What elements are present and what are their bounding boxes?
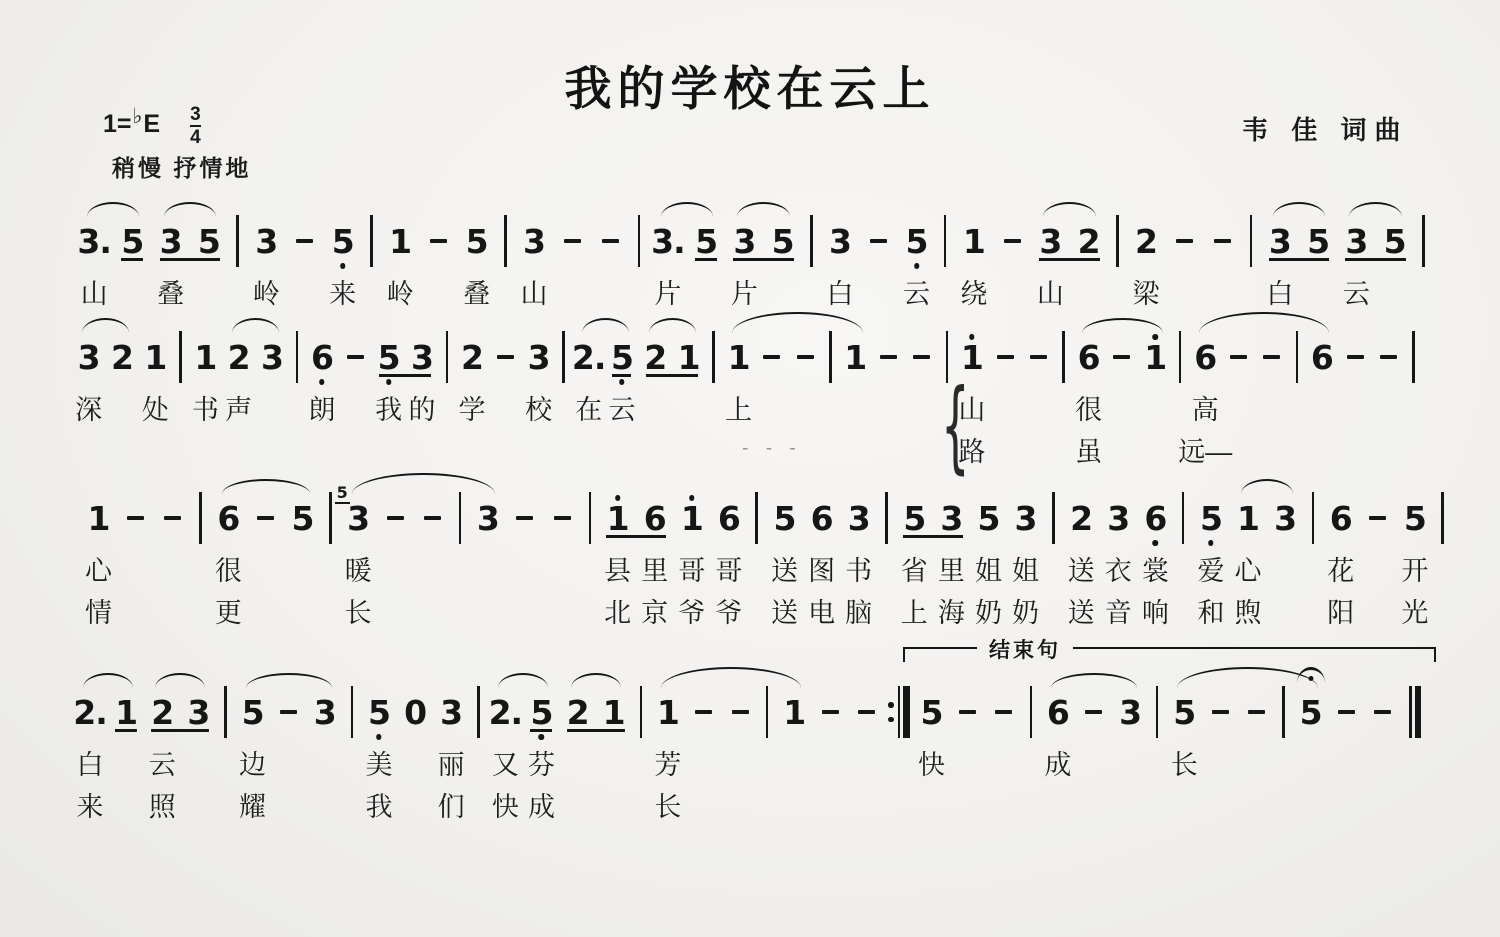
lyric-line1 <box>1329 741 1365 783</box>
duration-dash-glyph <box>1113 355 1130 360</box>
lyric-line2 <box>1339 428 1372 470</box>
barline <box>758 689 776 735</box>
lyric-line2: 长 <box>650 783 686 825</box>
lyric-line2 <box>307 783 343 825</box>
lyric-line2: 长 <box>340 589 377 631</box>
score-cell: 2 <box>560 689 596 825</box>
score-cell <box>553 218 591 312</box>
duration-dash <box>686 689 722 735</box>
lyric-line1: 我 <box>372 386 405 428</box>
music-system-1: 3.山53叠53岭5来1岭5叠3山3.片53片53白5云1绕3山22梁3白53云… <box>75 218 1433 312</box>
lyric-line1: 云 <box>897 270 935 312</box>
repeat-end-barline <box>885 689 914 735</box>
lyric-line1: 白 <box>821 270 859 312</box>
lyric-line1 <box>758 741 776 783</box>
barline-glyph <box>1062 331 1065 383</box>
score-cell <box>555 334 572 470</box>
lyric-line1 <box>1105 386 1138 428</box>
slur-arc <box>155 673 205 688</box>
note: 5 <box>1192 495 1229 541</box>
lyric-line1 <box>986 741 1022 783</box>
beam-underline <box>160 258 221 261</box>
duration-dash <box>848 689 884 735</box>
barline <box>747 495 766 541</box>
barline <box>1044 495 1063 541</box>
score-cell: 5 <box>190 218 228 312</box>
score-cell <box>1275 689 1293 825</box>
duration-dash-glyph <box>296 239 313 244</box>
score-cell <box>285 218 323 312</box>
note: 5 <box>766 495 803 541</box>
lyric-line1 <box>307 741 343 783</box>
duration-dash <box>950 689 986 735</box>
duration-dash-glyph <box>1380 355 1397 360</box>
lyric-line1: 片 <box>649 270 687 312</box>
score-cell: 3 <box>255 334 288 470</box>
barline-glyph <box>810 215 813 267</box>
note: 5 <box>1396 495 1433 541</box>
score-cell <box>228 218 247 312</box>
octave-dot-high <box>689 495 695 501</box>
duration-dash <box>339 334 372 380</box>
lyric-line2: 音 <box>1100 589 1137 631</box>
barline-glyph <box>712 331 715 383</box>
score-cell: 6裳响 <box>1137 495 1174 631</box>
lyric-line2 <box>1329 783 1365 825</box>
duration-dash <box>117 495 154 541</box>
score-cell: 5 <box>687 218 725 312</box>
lyric-line2 <box>789 428 822 470</box>
lyric-line1: 白 <box>1261 270 1299 312</box>
lyric-line1: 里 <box>636 547 673 589</box>
lyric-line2: 奶 <box>970 589 1007 631</box>
lyric-line2 <box>222 428 255 470</box>
lyric-line2: 成 <box>523 783 559 825</box>
lyric-line1 <box>1242 270 1261 312</box>
duration-dash <box>414 495 451 541</box>
slur-arc <box>232 318 279 333</box>
beam-underline <box>733 258 795 261</box>
lyric-line2 <box>377 589 414 631</box>
score-cell <box>489 334 522 470</box>
duration-dash <box>1022 334 1055 380</box>
score-cell: 6成 <box>1040 689 1076 825</box>
score-cell <box>247 495 284 631</box>
score-cell <box>1414 218 1433 312</box>
score-cell: 3 <box>307 689 343 825</box>
lyric-line1: 的 <box>405 386 438 428</box>
lyric-line1: 梁 <box>1127 270 1165 312</box>
lyric-line1 <box>191 547 210 589</box>
note: 1 <box>80 495 117 541</box>
slur-arc <box>1082 318 1163 333</box>
lyric-line1 <box>469 547 506 589</box>
duration-dash-glyph <box>913 355 930 360</box>
note: 1 <box>650 689 686 735</box>
beam-underline <box>903 535 962 538</box>
score-cell <box>758 689 776 825</box>
lyric-line2 <box>776 783 812 825</box>
score-cell: 3 <box>1267 495 1304 631</box>
lyric-line1 <box>105 386 138 428</box>
score-cell: 6很虽 <box>1072 334 1105 470</box>
duration-dash-glyph <box>424 516 441 521</box>
duration-dash <box>722 689 758 735</box>
score-cell: 1 <box>108 689 144 825</box>
lyric-line2 <box>1148 783 1166 825</box>
note: 2 <box>1063 495 1100 541</box>
score-cell: 5边耀 <box>235 689 271 825</box>
score-cell <box>469 689 487 825</box>
barline-glyph <box>766 686 769 738</box>
key-label: 1= <box>103 110 132 139</box>
lyric-line2: 来 <box>72 783 108 825</box>
lyric-line1: 图 <box>803 547 840 589</box>
lyric-line1 <box>822 386 839 428</box>
barline <box>1174 495 1193 541</box>
score-cell <box>872 334 905 470</box>
lyric-line1 <box>632 741 650 783</box>
lyric-line2 <box>1289 428 1306 470</box>
barline-glyph <box>1030 686 1033 738</box>
duration-dash <box>1203 218 1241 264</box>
duration-dash-glyph <box>870 239 887 244</box>
duration-dash <box>544 495 581 541</box>
score-cell <box>812 689 848 825</box>
final-bar-glyph <box>1409 686 1421 738</box>
lyric-line2 <box>632 783 650 825</box>
score-cell <box>986 689 1022 825</box>
note: 2. <box>72 689 108 735</box>
barline <box>877 495 896 541</box>
slur-arc <box>222 479 310 494</box>
duration-dash <box>1238 689 1274 735</box>
barline <box>1304 495 1323 541</box>
duration-dash <box>1222 334 1255 380</box>
lyric-line2 <box>572 428 605 470</box>
octave-dot-high <box>615 495 621 501</box>
lyric-line1 <box>877 547 896 589</box>
score-cell <box>172 334 189 470</box>
repeat-sign <box>888 686 910 738</box>
lyric-line1 <box>802 270 821 312</box>
duration-dash-glyph <box>797 355 814 360</box>
barline <box>191 495 210 541</box>
lyric-line1 <box>154 547 191 589</box>
duration-dash-glyph <box>695 710 712 715</box>
slur-arc <box>83 673 133 688</box>
lyric-line2 <box>289 428 306 470</box>
score-cell <box>1372 334 1405 470</box>
lyric-line1: 开 <box>1396 547 1433 589</box>
lyric-line2: 照 <box>144 783 180 825</box>
score-cell <box>362 218 381 312</box>
score-cell <box>191 495 210 631</box>
lyric-line1: 爱 <box>1192 547 1229 589</box>
score-cell: 6 <box>1305 334 1338 470</box>
score-cell: - - - <box>755 334 788 470</box>
lyric-line1: 校 <box>522 386 555 428</box>
lyric-line2 <box>986 783 1022 825</box>
lyric-line1: 省 <box>896 547 933 589</box>
lyric-line1: 云 <box>144 741 180 783</box>
beam-underline <box>1269 258 1330 261</box>
duration-dash-glyph <box>1085 710 1102 715</box>
barline-glyph <box>236 215 239 267</box>
score-cell <box>414 495 451 631</box>
score-cell: 6里京 <box>636 495 673 631</box>
barline-glyph <box>179 331 182 383</box>
score-cell <box>686 689 722 825</box>
note: 1 <box>139 334 172 380</box>
tempo-marking: 稍慢 抒情地 <box>112 150 251 183</box>
lyric-line2 <box>1139 428 1172 470</box>
lyric-line2 <box>722 783 758 825</box>
lyric-line2 <box>139 428 172 470</box>
lyric-line1 <box>591 270 629 312</box>
lyric-line1 <box>1255 386 1288 428</box>
lyric-line2 <box>1305 428 1338 470</box>
score-cell <box>722 689 758 825</box>
duration-dash <box>1365 689 1401 735</box>
barline <box>172 334 189 380</box>
slur-arc <box>732 312 863 333</box>
slur-arc <box>1051 673 1137 688</box>
lyric-line1: 成 <box>1040 741 1076 783</box>
duration-dash <box>905 334 938 380</box>
score-cell: 1处 <box>139 334 172 470</box>
lyric-line1: 山 <box>515 270 553 312</box>
score-cell <box>1055 334 1072 470</box>
duration-dash-glyph <box>554 516 571 521</box>
lyric-line2 <box>1022 428 1055 470</box>
note: 6 <box>1189 334 1222 380</box>
barline-glyph <box>1156 686 1159 738</box>
lyric-line2 <box>451 589 470 631</box>
lyric-line2 <box>822 428 839 470</box>
note: 3. <box>75 218 113 264</box>
score-cell <box>117 495 154 631</box>
lyric-line1: 来 <box>324 270 362 312</box>
lyric-line1: 县 <box>599 547 636 589</box>
lyric-line2 <box>1238 783 1274 825</box>
barline-glyph <box>370 215 373 267</box>
lyric-line2 <box>596 783 632 825</box>
lyric-line2 <box>305 428 338 470</box>
note: 6 <box>1137 495 1174 541</box>
lyric-line1 <box>905 386 938 428</box>
lyric-line1: 裳 <box>1137 547 1174 589</box>
score-cell: 5 <box>764 218 802 312</box>
note: 6 <box>1040 689 1076 735</box>
beam-underline <box>379 374 432 377</box>
lyric-line1 <box>1414 270 1433 312</box>
music-system-4: 2.白来12云照35边耀35美我03丽们2.又快5芬成211芳长15快6成35长… <box>72 689 1430 825</box>
music-system-2: 3深21处1书2声36朗5我3的2学3校2.在5云211上- - -11山路6很… <box>72 334 1422 470</box>
slur-arc <box>246 673 332 688</box>
repeat-dots <box>888 702 894 722</box>
barline-glyph <box>1441 492 1444 544</box>
lyric-line2 <box>1166 783 1202 825</box>
score-cell: 5长 <box>1166 689 1202 825</box>
lyric-line2 <box>1293 783 1329 825</box>
duration-dash <box>986 689 1022 735</box>
ending-label: 结束句 <box>977 634 1073 664</box>
slur-arc <box>661 667 801 688</box>
note: 5 <box>235 689 271 735</box>
duration-dash-glyph <box>1030 355 1047 360</box>
note: 6 <box>803 495 840 541</box>
lyric-line1: 芳 <box>650 741 686 783</box>
note: 5 <box>1293 689 1329 735</box>
lyric-line2 <box>1401 783 1430 825</box>
score-cell: 6花阳 <box>1322 495 1359 631</box>
lyric-line1 <box>686 741 722 783</box>
barline <box>555 334 572 380</box>
score-cell: 3 <box>469 495 506 631</box>
lyric-line1: 朗 <box>305 386 338 428</box>
score-cell: 1 <box>596 689 632 825</box>
beam-underline <box>606 535 665 538</box>
lyric-line1: 花 <box>1322 547 1359 589</box>
note: 6 <box>305 334 338 380</box>
song-title: 我的学校在云上 <box>0 52 1500 119</box>
score-cell <box>321 495 340 631</box>
lyric-line1 <box>117 547 154 589</box>
score-cell: 1 <box>839 334 872 470</box>
barline <box>1414 218 1433 264</box>
lyric-line2 <box>172 428 189 470</box>
note: 1 <box>955 218 993 264</box>
duration-dash-glyph <box>1263 355 1280 360</box>
score-cell: 6很更 <box>210 495 247 631</box>
beam-underline <box>530 729 552 732</box>
duration-dash <box>755 334 788 380</box>
lyric-line1: 绕 <box>955 270 993 312</box>
duration-dash <box>271 689 307 735</box>
lyric-line1 <box>776 741 812 783</box>
lyric-line1: 姐 <box>1007 547 1044 589</box>
lyric-line2: 响 <box>1137 589 1174 631</box>
duration-dash-glyph <box>430 239 447 244</box>
octave-dot-low <box>340 263 346 269</box>
lyric-line1: 高 <box>1189 386 1222 428</box>
score-cell: 3白 <box>1261 218 1299 312</box>
lyric-line1: 丽 <box>433 741 469 783</box>
lyric-line1 <box>190 270 228 312</box>
octave-dot-low <box>319 379 325 385</box>
lyric-line1 <box>362 270 381 312</box>
lyric-line1: 处 <box>139 386 172 428</box>
score-cell <box>1203 218 1241 312</box>
lyric-line2 <box>581 589 600 631</box>
duration-dash-glyph <box>1347 355 1364 360</box>
duration-dash-glyph <box>1374 710 1391 715</box>
barline-glyph <box>477 686 480 738</box>
octave-dot-low <box>386 379 392 385</box>
lyric-line1 <box>451 547 470 589</box>
lyric-line1 <box>755 386 788 428</box>
thin-bar <box>898 686 901 738</box>
duration-dash-glyph <box>880 355 897 360</box>
score-cell: 1县北 <box>599 495 636 631</box>
barline-glyph <box>1116 215 1119 267</box>
lyric-line2 <box>469 589 506 631</box>
lyric-line1: 叠 <box>152 270 190 312</box>
lyric-line1 <box>247 547 284 589</box>
note: 3 <box>840 495 877 541</box>
barline <box>802 218 821 264</box>
lyric-line2 <box>489 428 522 470</box>
barline-glyph <box>459 492 462 544</box>
flat-sign-icon: ♭ <box>133 104 143 129</box>
score-cell <box>1044 495 1063 631</box>
lyric-line1: 快 <box>913 741 949 783</box>
thin-bar <box>1409 686 1412 738</box>
lyric-line2: 和 <box>1192 589 1229 631</box>
lyric-line2: 我 <box>361 783 397 825</box>
score-cell: 2梁 <box>1127 218 1165 312</box>
lyric-line1 <box>555 386 572 428</box>
lyric-line1 <box>1299 270 1337 312</box>
barline <box>1172 334 1189 380</box>
lyric-line1 <box>672 386 705 428</box>
note: 2. <box>487 689 523 735</box>
lyric-line2 <box>1174 589 1193 631</box>
lyric-line1: 片 <box>725 270 763 312</box>
duration-dash <box>154 495 191 541</box>
lyric-line1: 山 <box>1031 270 1069 312</box>
barline-glyph <box>446 331 449 383</box>
lyric-line1 <box>439 386 456 428</box>
lyric-line2 <box>1304 589 1323 631</box>
time-signature: 34 <box>190 105 201 148</box>
score-cell <box>822 334 839 470</box>
score-cell: 2.白来 <box>72 689 108 825</box>
lyric-line1: 云 <box>605 386 638 428</box>
score-cell <box>271 689 307 825</box>
score-cell <box>632 689 650 825</box>
score-cell: 0 <box>397 689 433 825</box>
score-cell: 5云 <box>897 218 935 312</box>
lyric-line1: 哥 <box>710 547 747 589</box>
lyric-line1 <box>1401 741 1430 783</box>
barline <box>705 334 722 380</box>
lyric-line2 <box>405 428 438 470</box>
score-cell <box>1222 334 1255 470</box>
score-cell: 2 <box>1070 218 1108 312</box>
score-cell: 2学 <box>455 334 488 470</box>
score-cell <box>1022 334 1055 470</box>
score-cell: 5我 <box>372 334 405 470</box>
barline <box>630 218 649 264</box>
lyric-line1 <box>812 741 848 783</box>
score-cell: 5来 <box>324 218 362 312</box>
score-cell: 5快 <box>913 689 949 825</box>
lyric-line1: 上 <box>722 386 755 428</box>
barline <box>1289 334 1306 380</box>
lyric-line2 <box>877 589 896 631</box>
score-cell: 5 <box>1299 218 1337 312</box>
duration-dash-glyph <box>564 239 581 244</box>
score-cell: 5 <box>1293 689 1329 825</box>
score-cell: 3丽们 <box>433 689 469 825</box>
score-cell <box>377 495 414 631</box>
barline-glyph <box>504 215 507 267</box>
lyric-line2 <box>1202 783 1238 825</box>
note: 2 <box>1127 218 1165 264</box>
barline-glyph <box>1412 331 1415 383</box>
